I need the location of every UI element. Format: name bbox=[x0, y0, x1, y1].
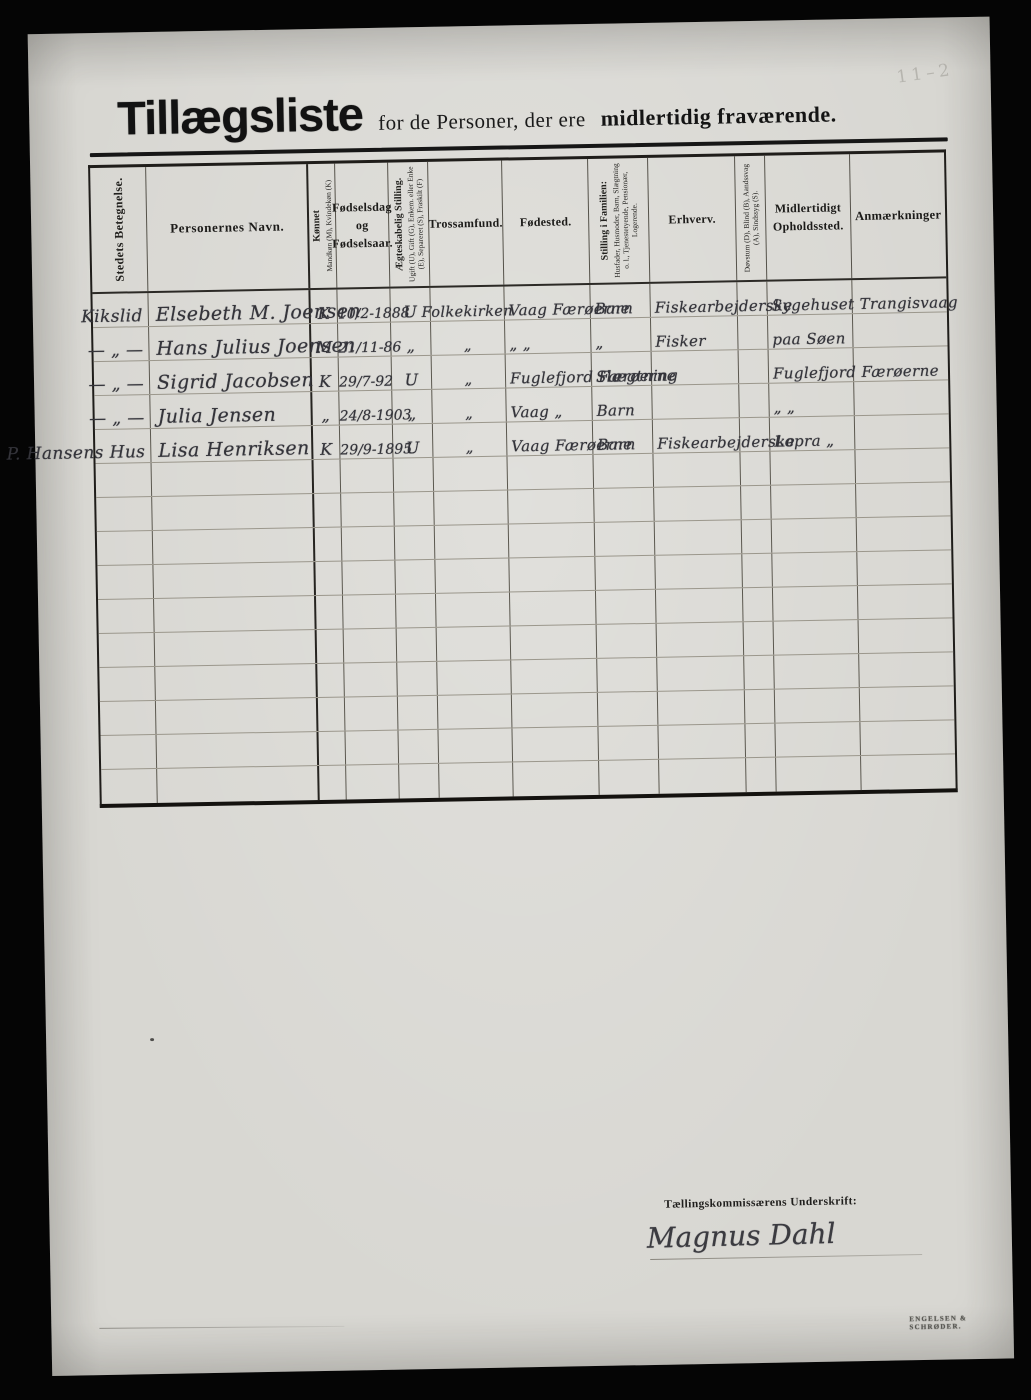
document-page: Tillægsliste for de Personer, der ere mi… bbox=[28, 17, 1014, 1376]
handwritten-entry: „ bbox=[464, 372, 472, 388]
cell-foedsel: 24/8-1903 bbox=[339, 391, 393, 425]
cell-sted bbox=[97, 565, 154, 599]
rotated-header-text: Døvstum (D), Blind (B), Aandssvag (A), S… bbox=[740, 157, 761, 278]
cell-abnorm bbox=[746, 758, 777, 793]
handwritten-entry: 21/11-86 bbox=[338, 339, 401, 356]
table-body: KikslidElsebeth M. JoensenK10/2-1888UFol… bbox=[92, 278, 955, 804]
cell-ophold: „ „ bbox=[769, 382, 855, 417]
cell-koen bbox=[316, 596, 344, 629]
cell-trossamfund bbox=[434, 490, 509, 524]
column-header-anm: Anmærkninger bbox=[850, 152, 946, 278]
handwritten-entry: Elsebeth M. Joensen bbox=[156, 300, 362, 326]
cell-stilling bbox=[598, 726, 659, 760]
printer-imprint: Engelsen & Schrøder. bbox=[909, 1313, 1013, 1331]
cell-ophold bbox=[774, 654, 860, 689]
cell-foedested bbox=[512, 693, 599, 728]
handwritten-entry: K bbox=[319, 372, 332, 391]
cell-foedsel bbox=[342, 527, 396, 561]
cell-trossamfund bbox=[437, 660, 512, 694]
cell-abnorm bbox=[741, 486, 772, 520]
handwritten-entry: Lopra „ bbox=[774, 432, 834, 451]
cell-stilling bbox=[597, 624, 658, 658]
column-header-trossamfund: Trossamfund. bbox=[428, 161, 504, 286]
cell-navn bbox=[157, 732, 320, 768]
cell-anm bbox=[858, 584, 953, 619]
cell-navn bbox=[156, 698, 319, 734]
cell-abnorm bbox=[739, 384, 770, 418]
cell-erhverv bbox=[653, 452, 741, 487]
cell-foedsel bbox=[344, 629, 398, 663]
cell-anm bbox=[857, 516, 952, 551]
cell-erhverv bbox=[655, 554, 743, 589]
cell-trossamfund bbox=[436, 592, 511, 626]
cell-abnorm bbox=[744, 622, 775, 656]
handwritten-entry: „ bbox=[464, 338, 472, 354]
cell-foedested: Fuglefjord Færøerne bbox=[506, 353, 593, 388]
paper-crease bbox=[99, 1326, 344, 1329]
cell-navn: Lisa Henriksen bbox=[151, 426, 314, 462]
cell-erhverv bbox=[658, 690, 746, 725]
cell-navn bbox=[155, 630, 318, 666]
cell-foedsel: 29/7-92 bbox=[339, 357, 393, 391]
cell-anm bbox=[860, 720, 955, 755]
cell-stilling bbox=[593, 454, 654, 488]
cell-koen: „ bbox=[312, 392, 340, 425]
scan-background: { "title": { "main": "Tillægsliste", "re… bbox=[0, 0, 1031, 1400]
cell-foedsel: 21/11-86 bbox=[338, 323, 392, 357]
cell-stilling: Barn bbox=[592, 386, 653, 420]
cell-abnorm bbox=[739, 350, 770, 384]
rotated-header-text: KønnetMandkøn (M), Kvindekøn (K) bbox=[310, 165, 334, 286]
cell-anm bbox=[861, 754, 956, 790]
cell-foedsel bbox=[341, 459, 395, 493]
cell-foedested bbox=[512, 727, 599, 762]
cell-abnorm bbox=[742, 554, 773, 588]
cell-sted bbox=[99, 667, 156, 701]
signature-line bbox=[650, 1254, 922, 1260]
cell-erhverv: Fiskearbejderske bbox=[650, 282, 738, 317]
handwritten-entry: paa Søen bbox=[772, 329, 846, 348]
cell-foedested bbox=[509, 557, 596, 592]
cell-aegteskab bbox=[398, 696, 439, 730]
handwritten-entry: U bbox=[406, 438, 420, 457]
cell-anm bbox=[859, 652, 954, 687]
cell-koen bbox=[317, 664, 345, 697]
cell-aegteskab bbox=[393, 458, 434, 492]
cell-sted bbox=[101, 769, 158, 804]
cell-erhverv bbox=[652, 384, 740, 419]
column-header-abnorm: Døvstum (D), Blind (B), Aandssvag (A), S… bbox=[735, 156, 767, 281]
cell-navn: Elsebeth M. Joensen bbox=[148, 290, 311, 326]
cell-koen bbox=[317, 630, 345, 663]
cell-foedested bbox=[511, 659, 598, 694]
cell-trossamfund: Folkekirken bbox=[430, 287, 505, 321]
cell-foedsel bbox=[346, 765, 400, 800]
handwritten-entry: — „ — bbox=[89, 408, 145, 429]
handwritten-entry: „ „ bbox=[773, 398, 795, 416]
cell-koen bbox=[318, 698, 346, 731]
cell-anm bbox=[860, 686, 955, 721]
cell-sted bbox=[96, 463, 153, 497]
cell-navn bbox=[154, 596, 317, 632]
handwritten-entry: Kikslid bbox=[81, 306, 143, 327]
header-text: Personernes Navn. bbox=[170, 217, 285, 239]
handwritten-entry: Barn bbox=[597, 435, 636, 454]
cell-sted: Kikslid bbox=[92, 293, 149, 327]
handwritten-entry: Vaag „ bbox=[511, 402, 563, 421]
signature-handwriting: Magnus Dahl bbox=[646, 1217, 836, 1255]
cell-ophold bbox=[772, 552, 858, 587]
cell-koen bbox=[314, 494, 342, 527]
cell-stilling bbox=[599, 760, 660, 795]
cell-trossamfund bbox=[439, 762, 514, 797]
cell-ophold: Sygehuset Trangisvaag bbox=[767, 280, 853, 315]
cell-aegteskab bbox=[394, 492, 435, 526]
handwritten-entry: Lisa Henriksen bbox=[158, 437, 310, 462]
cell-foedested bbox=[513, 761, 600, 797]
cell-aegteskab bbox=[399, 764, 440, 799]
cell-trossamfund bbox=[435, 558, 510, 592]
handwritten-entry: „ „ bbox=[509, 335, 531, 353]
rotated-header-text: Stilling i Familien:Husfader, Husmoder, … bbox=[597, 160, 640, 282]
handwritten-entry: P. Hansens Hus bbox=[7, 442, 146, 465]
cell-erhverv: Fisker bbox=[651, 316, 739, 351]
handwritten-entry: „ bbox=[466, 440, 474, 456]
handwritten-entry: „ bbox=[595, 334, 604, 352]
cell-anm bbox=[854, 380, 949, 415]
handwritten-entry: Sigrid Jacobsen bbox=[157, 369, 314, 394]
cell-anm bbox=[855, 448, 950, 483]
cell-abnorm bbox=[738, 316, 769, 350]
handwritten-entry: Julia Jensen bbox=[157, 404, 276, 428]
column-header-sted: Stedets Betegnelse. bbox=[90, 167, 148, 292]
cell-navn bbox=[153, 528, 316, 564]
cell-anm bbox=[857, 550, 952, 585]
cell-stilling: „ bbox=[591, 318, 652, 352]
cell-sted bbox=[100, 701, 157, 735]
title-rest: for de Personer, der ere bbox=[378, 107, 586, 136]
handwritten-entry: 10/2-1888 bbox=[338, 305, 410, 322]
handwritten-entry: „ bbox=[465, 406, 473, 422]
column-header-ophold: Midlertidigt Opholdssted. bbox=[765, 154, 852, 280]
cell-stilling bbox=[595, 556, 656, 590]
cell-foedsel bbox=[343, 595, 397, 629]
cell-aegteskab bbox=[398, 730, 439, 764]
cell-abnorm bbox=[745, 690, 776, 724]
cell-koen bbox=[315, 528, 343, 561]
handwritten-entry: K bbox=[317, 304, 330, 323]
cell-sted bbox=[96, 497, 153, 531]
cell-foedested: „ „ bbox=[505, 319, 592, 354]
cell-foedested bbox=[507, 455, 594, 490]
handwritten-entry: U bbox=[404, 370, 418, 389]
cell-navn bbox=[155, 664, 318, 700]
handwritten-entry: — „ — bbox=[88, 340, 144, 361]
handwritten-entry: Barn bbox=[595, 299, 634, 318]
cell-ophold bbox=[771, 484, 857, 519]
handwritten-entry: Sygehuset Trangisvaag bbox=[772, 293, 958, 314]
cell-stilling bbox=[597, 658, 658, 692]
cell-aegteskab bbox=[395, 526, 436, 560]
column-header-navn: Personernes Navn. bbox=[146, 164, 310, 291]
column-header-aegteskab: Ægteskabelig Stilling.Ugift (U), Gift (G… bbox=[388, 162, 430, 287]
cell-erhverv bbox=[656, 588, 744, 623]
handwritten-entry: Folkekirken bbox=[421, 303, 513, 321]
cell-foedested bbox=[509, 523, 596, 558]
cell-ophold bbox=[776, 756, 862, 792]
handwritten-entry: 24/8-1903 bbox=[340, 407, 412, 424]
cell-stilling: Barn bbox=[593, 420, 654, 454]
cell-koen: K bbox=[312, 358, 340, 391]
cell-erhverv bbox=[657, 622, 745, 657]
cell-erhverv: Fiskearbejderske bbox=[653, 418, 741, 453]
rotated-header-text: Ægteskabelig Stilling.Ugift (U), Gift (G… bbox=[392, 163, 425, 285]
cell-koen bbox=[315, 562, 343, 595]
census-table: Stedets Betegnelse.Personernes Navn.Kønn… bbox=[88, 149, 958, 808]
table-header-row: Stedets Betegnelse.Personernes Navn.Kønn… bbox=[90, 152, 946, 294]
cell-ophold bbox=[772, 518, 858, 553]
cell-sted bbox=[101, 735, 158, 769]
pencil-annotation: 11–2 bbox=[895, 60, 954, 88]
header-text: Anmærkninger bbox=[855, 205, 942, 225]
cell-aegteskab bbox=[397, 662, 438, 696]
cell-sted bbox=[99, 633, 156, 667]
cell-navn: Hans Julius Joensen bbox=[149, 324, 312, 360]
header-text: Erhverv. bbox=[668, 210, 716, 229]
cell-trossamfund bbox=[433, 457, 508, 491]
cell-abnorm bbox=[744, 656, 775, 690]
cell-koen bbox=[318, 732, 346, 765]
cell-foedsel bbox=[345, 731, 399, 765]
header-text: Fødested. bbox=[520, 212, 572, 231]
cell-trossamfund bbox=[438, 728, 513, 762]
cell-aegteskab bbox=[395, 560, 436, 594]
cell-aegteskab bbox=[397, 628, 438, 662]
cell-trossamfund bbox=[435, 524, 510, 558]
column-header-stilling: Stilling i Familien:Husfader, Husmoder, … bbox=[588, 158, 650, 283]
cell-erhverv bbox=[658, 724, 746, 759]
handwritten-entry: Slægtning bbox=[596, 366, 678, 386]
cell-trossamfund: „ bbox=[432, 389, 507, 423]
cell-anm bbox=[855, 414, 950, 449]
cell-foedested: Vaag „ bbox=[506, 387, 593, 422]
cell-ophold: paa Søen bbox=[768, 314, 854, 349]
cell-erhverv bbox=[655, 520, 743, 555]
cell-navn: Julia Jensen bbox=[150, 392, 313, 428]
cell-sted: — „ — bbox=[94, 361, 151, 395]
title-main: Tillægsliste bbox=[117, 86, 364, 145]
cell-ophold bbox=[775, 722, 861, 757]
cell-stilling bbox=[595, 522, 656, 556]
cell-abnorm bbox=[745, 724, 776, 758]
handwritten-entry: M bbox=[316, 338, 333, 357]
cell-navn: Sigrid Jacobsen bbox=[150, 358, 313, 394]
page-title: Tillægsliste for de Personer, der ere mi… bbox=[117, 77, 837, 145]
header-text: Midlertidigt Opholdssted. bbox=[768, 198, 849, 235]
cell-foedested: Vaag Færøerne bbox=[507, 421, 594, 456]
column-header-erhverv: Erhverv. bbox=[648, 156, 737, 282]
cell-anm bbox=[856, 482, 951, 517]
cell-foedsel: 10/2-1888 bbox=[337, 289, 391, 323]
cell-trossamfund: „ bbox=[431, 321, 506, 355]
cell-foedested bbox=[511, 625, 598, 660]
cell-foedsel bbox=[341, 493, 395, 527]
cell-navn bbox=[152, 494, 315, 530]
handwritten-entry: K bbox=[320, 440, 333, 459]
cell-erhverv bbox=[659, 758, 747, 794]
handwritten-entry: „ bbox=[406, 336, 415, 355]
cell-abnorm bbox=[743, 588, 774, 622]
cell-stilling: Slægtning bbox=[592, 352, 653, 386]
cell-foedested bbox=[508, 489, 595, 524]
cell-foedested: Vaag Færøerne bbox=[504, 285, 591, 320]
cell-foedsel bbox=[344, 663, 398, 697]
cell-koen bbox=[319, 766, 347, 800]
handwritten-entry: Fisker bbox=[655, 332, 706, 351]
column-header-foedested: Fødested. bbox=[502, 159, 590, 285]
header-text: Fødselsdag og Fødselsaar. bbox=[331, 198, 392, 253]
title-emphasis: midlertidig fraværende. bbox=[600, 101, 836, 131]
cell-foedsel: 29/9-1895 bbox=[340, 425, 394, 459]
cell-erhverv bbox=[657, 656, 745, 691]
column-header-foedsel: Fødselsdag og Fødselsaar. bbox=[335, 163, 390, 288]
cell-trossamfund: „ bbox=[432, 355, 507, 389]
cell-ophold bbox=[774, 620, 860, 655]
cell-navn bbox=[152, 460, 315, 496]
cell-ophold bbox=[775, 688, 861, 723]
cell-foedested bbox=[510, 591, 597, 626]
handwritten-entry: — „ — bbox=[88, 374, 144, 395]
handwritten-entry: „ bbox=[321, 406, 330, 425]
cell-erhverv bbox=[654, 486, 742, 521]
cell-navn bbox=[153, 562, 316, 598]
handwritten-entry: Barn bbox=[596, 401, 635, 420]
cell-trossamfund bbox=[437, 626, 512, 660]
handwritten-entry: Fuglefjord Færøerne bbox=[773, 362, 939, 383]
cell-ophold: Lopra „ bbox=[770, 416, 856, 451]
header-text: Trossamfund. bbox=[428, 214, 503, 233]
handwritten-entry: „ bbox=[408, 404, 417, 423]
cell-anm bbox=[853, 312, 948, 347]
cell-foedsel bbox=[342, 561, 396, 595]
rotated-header-text: Stedets Betegnelse. bbox=[110, 169, 127, 290]
cell-abnorm bbox=[742, 520, 773, 554]
cell-ophold bbox=[773, 586, 859, 621]
cell-stilling: Barn bbox=[590, 284, 651, 318]
handwritten-entry: 29/9-1895 bbox=[340, 441, 412, 458]
cell-aegteskab: U bbox=[392, 356, 433, 390]
cell-ophold bbox=[770, 450, 856, 485]
handwritten-entry: 29/7-92 bbox=[339, 374, 393, 391]
cell-stilling bbox=[594, 488, 655, 522]
signature-label: Tællingskommissærens Underskrift: bbox=[664, 1195, 857, 1211]
cell-aegteskab bbox=[396, 594, 437, 628]
cell-koen: K bbox=[313, 426, 341, 459]
cell-foedsel bbox=[345, 697, 399, 731]
cell-ophold: Fuglefjord Færøerne bbox=[769, 348, 855, 383]
cell-navn bbox=[157, 766, 320, 803]
cell-stilling bbox=[596, 590, 657, 624]
cell-anm bbox=[859, 618, 954, 653]
cell-sted: — „ — bbox=[94, 395, 151, 429]
ink-speck bbox=[150, 1038, 154, 1041]
cell-sted bbox=[98, 599, 155, 633]
cell-sted: P. Hansens Hus bbox=[95, 429, 152, 463]
cell-sted bbox=[97, 531, 154, 565]
cell-abnorm bbox=[740, 452, 771, 486]
cell-sted: — „ — bbox=[93, 327, 150, 361]
cell-koen bbox=[314, 460, 342, 493]
cell-trossamfund bbox=[438, 694, 513, 728]
cell-trossamfund: „ bbox=[433, 423, 508, 457]
handwritten-entry: U bbox=[403, 302, 417, 321]
cell-stilling bbox=[598, 692, 659, 726]
